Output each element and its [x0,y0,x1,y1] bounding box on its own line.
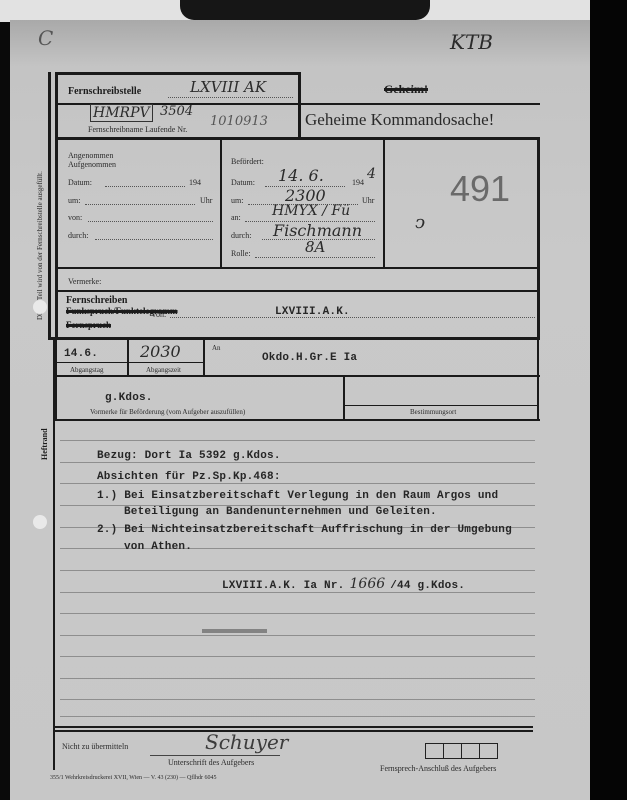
classification-title: Geheime Kommandosache! [305,110,494,130]
archive-number: 491 [450,168,510,210]
reference-suffix: /44 g.Kdos. [390,580,465,592]
photo-background-right [590,0,627,800]
forwarded-role-value: 8A [305,238,325,256]
recipient-label: An [212,344,221,352]
received-time-suffix: Uhr [200,196,212,205]
name-number-label: Fernschreibname Laufende Nr. [88,125,187,134]
forwarded-to-value: HMYX / Fü [272,203,350,219]
destination-label: Bestimmungsort [410,408,456,416]
phone-extension-boxes [425,743,497,763]
recipient-value: Okdo.H.Gr.E Ia [262,352,357,364]
dispatch-time-label: Abgangszeit [146,366,181,374]
print-info: 355/1 Wehrkreisdruckerei XVII, Wien — V.… [50,775,216,781]
ink-smudge [202,629,267,633]
forwarded-date-label: Datum: [231,178,255,187]
serial-value: 1010913 [210,114,268,129]
body-intent-heading: Absichten für Pz.Sp.Kp.468: [97,471,281,483]
heftrand-label: Heftrand [40,428,49,460]
margin-note: Dieser Teil wird von der Fernschreibstel… [36,171,44,320]
body-item-1-line-2: Beteiligung an Bandenunternehmen und Gel… [124,506,437,518]
received-date-label: Datum: [68,178,92,187]
struck-classification: Geheim! [384,82,428,97]
routing-label: Vormerke für Beförderung (vom Aufgeber a… [90,408,245,416]
initials-mark: ↄ [415,212,425,233]
signature-label: Unterschrift des Aufgebers [168,758,254,767]
forwarded-date-value: 14. 6. [278,166,324,185]
dispatch-time-value: 2030 [140,342,181,361]
forwarded-time-suffix: Uhr [362,196,374,205]
reference-number-line: LXVIII.A.K. Ia Nr. 1666 /44 g.Kdos. [222,573,465,592]
margin-annotation: C [38,26,53,50]
station-label: Fernschreibstelle [68,86,141,97]
message-from-label: von: [152,310,166,319]
message-from-value: LXVIII.A.K. [275,306,350,318]
ktb-annotation: KTB [450,30,493,54]
received-by-label: durch: [68,231,88,240]
binder-clip [180,0,430,20]
received-from-label: von: [68,213,82,222]
body-item-1-line-1: 1.) Bei Einsatzbereitschaft Verlegung in… [97,490,498,502]
recorded-label: Aufgenommen [68,160,116,169]
message-type-phone-struck: Fernspruch [66,320,111,330]
routing-value: g.Kdos. [105,392,153,404]
remarks-label: Vermerke: [68,277,101,286]
reference-prefix: LXVIII.A.K. Ia Nr. [222,580,344,592]
body-reference: Bezug: Dort Ia 5392 g.Kdos. [97,450,281,462]
sender-signature: Schuyer [205,730,288,754]
received-year-prefix: 194 [189,178,201,187]
reference-number: 1666 [350,576,386,592]
forwarded-to-label: an: [231,213,241,222]
forwarded-by-label: durch: [231,231,251,240]
phone-extension-label: Fernsprech-Anschluß des Aufgebers [380,764,496,773]
forwarded-label: Befördert: [231,157,264,166]
running-number-value: 3504 [160,104,193,119]
punch-hole [33,515,47,529]
message-type-telex: Fernschreiben [66,295,127,306]
dispatch-day-value: 14.6. [64,348,98,360]
station-value: LXVIII AK [190,78,266,96]
dispatch-day-label: Abgangstag [70,366,103,374]
telex-name-value: HMRPV [90,104,153,122]
forwarded-year-digit: 4 [367,166,376,182]
body-item-2-line-1: 2.) Bei Nichteinsatzbereitschaft Auffris… [97,524,512,536]
accepted-label: Angenommen [68,151,113,160]
forwarded-year-prefix: 194 [352,178,364,187]
forwarded-time-label: um: [231,196,243,205]
forwarded-role-label: Rolle: [231,249,251,258]
not-transmit-label: Nicht zu übermitteln [62,742,128,751]
punch-hole [33,300,47,314]
body-item-2-line-2: von Athen. [124,541,192,553]
received-time-label: um: [68,196,80,205]
